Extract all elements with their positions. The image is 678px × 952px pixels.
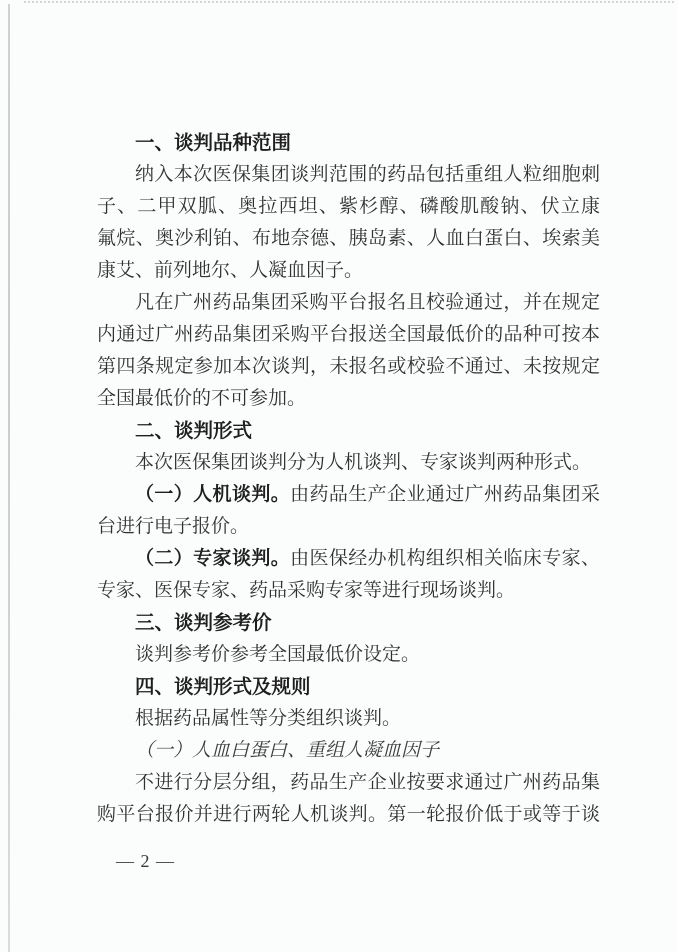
paragraph-line: 不进行分层分组，药品生产企业按要求通过广州药品集团采 <box>97 767 600 799</box>
section-heading-1: 一、谈判品种范围 <box>97 127 600 159</box>
paragraph-line: 谈判参考价参考全国最低价设定。 <box>97 639 600 671</box>
paragraph-line: 纳入本次医保集团谈判范围的药品包括重组人粒细胞刺激因 <box>97 159 600 191</box>
paragraph-line: 购平台报价并进行两轮人机谈判。第一轮报价低于或等于谈判参 <box>97 799 600 831</box>
sub-heading-kaiti: （一）人血白蛋白、重组人凝血因子 <box>97 735 600 767</box>
scan-left-edge-artifact <box>8 4 10 952</box>
paragraph-line: （二）专家谈判。由医保经办机构组织相关临床专家、药学 <box>97 543 600 575</box>
paragraph-line: 本次医保集团谈判分为人机谈判、专家谈判两种形式。 <box>97 447 600 479</box>
bold-lead-label: （一）人机谈判。 <box>135 484 290 505</box>
section-heading-3: 三、谈判参考价 <box>97 607 600 639</box>
section-heading-2: 二、谈判形式 <box>97 415 600 447</box>
paragraph-line: 第四条规定参加本次谈判，未报名或校验不通过、未按规定报送 <box>97 351 600 383</box>
page-number: — 2 — <box>116 847 175 875</box>
paragraph-line: 台进行电子报价。 <box>97 511 600 543</box>
paragraph-line: 内通过广州药品集团采购平台报送全国最低价的品种可按本通知 <box>97 319 600 351</box>
paragraph-line: 专家、医保专家、药品采购专家等进行现场谈判。 <box>97 575 600 607</box>
bold-lead-label: （二）专家谈判。 <box>135 548 290 569</box>
paragraph-line: 根据药品属性等分类组织谈判。 <box>97 703 600 735</box>
paragraph-line: 子、二甲双胍、奥拉西坦、紫杉醇、磷酸肌酸钠、伏立康唑、七 <box>97 191 600 223</box>
paragraph-line: 全国最低价的不可参加。 <box>97 383 600 415</box>
document-page: 一、谈判品种范围 纳入本次医保集团谈判范围的药品包括重组人粒细胞刺激因 子、二甲… <box>0 0 678 952</box>
scan-top-edge-artifact <box>24 1 674 3</box>
paragraph-line: （一）人机谈判。由药品生产企业通过广州药品集团采购平 <box>97 479 600 511</box>
paragraph-line: 氟烷、奥沙利铂、布地奈德、胰岛素、人血白蛋白、埃索美拉唑、 <box>97 223 600 255</box>
paragraph-line: 康艾、前列地尔、人凝血因子。 <box>97 255 600 287</box>
paragraph-line: 凡在广州药品集团采购平台报名且校验通过，并在规定时间 <box>97 287 600 319</box>
section-heading-4: 四、谈判形式及规则 <box>97 671 600 703</box>
document-body: 一、谈判品种范围 纳入本次医保集团谈判范围的药品包括重组人粒细胞刺激因 子、二甲… <box>97 127 600 831</box>
